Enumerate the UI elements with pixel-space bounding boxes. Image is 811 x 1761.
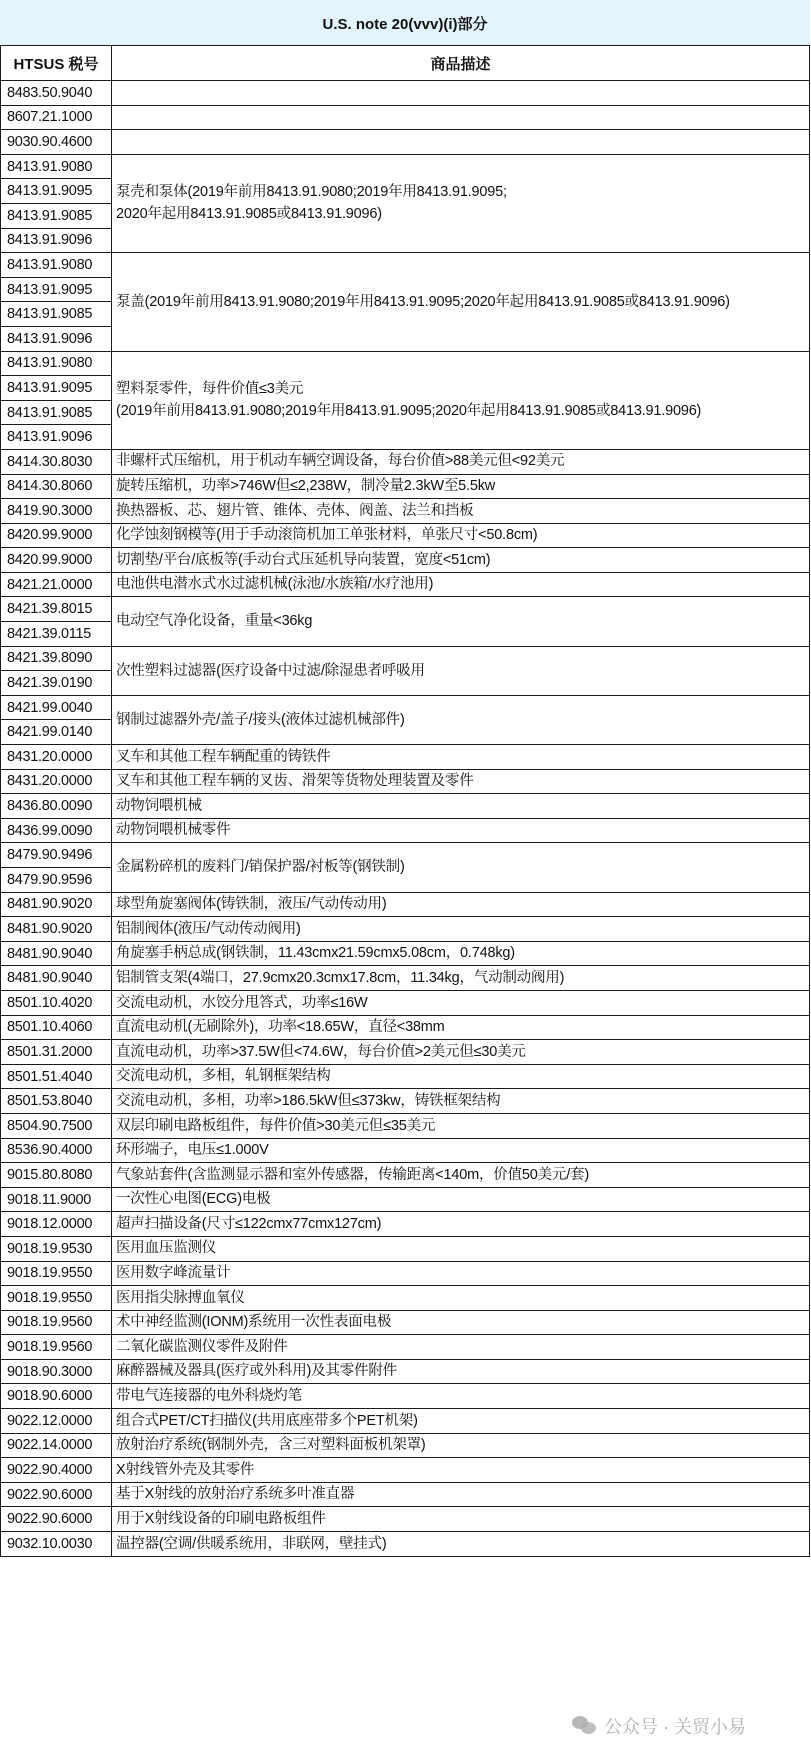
watermark: 公众号 · 关贸小易 [572, 1713, 746, 1739]
description-cell: 旋转压缩机，功率>746W但≤2,238W，制冷量2.3kW至5.5kw [112, 474, 810, 499]
description-cell [112, 81, 810, 106]
htsus-code-cell: 9018.90.6000 [1, 1384, 112, 1409]
htsus-code-cell: 8413.91.9085 [1, 203, 112, 228]
htsus-code-cell: 8481.90.9040 [1, 966, 112, 991]
description-cell: 叉车和其他工程车辆配重的铸铁件 [112, 745, 810, 770]
htsus-code-cell: 8414.30.8030 [1, 449, 112, 474]
htsus-code-cell: 8504.90.7500 [1, 1113, 112, 1138]
column-header-description: 商品描述 [112, 46, 810, 81]
description-cell: 换热器板、芯、翅片管、锥体、壳体、阀盖、法兰和挡板 [112, 499, 810, 524]
table-row: 8536.90.4000环形端子，电压≤1.000V [1, 1138, 810, 1163]
table-row: 8436.99.0090动物饲喂机械零件 [1, 818, 810, 843]
description-cell: 交流电动机，多相，轧钢框架结构 [112, 1064, 810, 1089]
watermark-text: 公众号 · 关贸小易 [604, 1713, 746, 1739]
htsus-code-cell: 8421.39.0190 [1, 671, 112, 696]
description-cell: 组合式PET/CT扫描仪(共用底座带多个PET机架) [112, 1409, 810, 1434]
htsus-code-cell: 9015.80.8080 [1, 1163, 112, 1188]
table-row: 8479.90.9496金属粉碎机的废料门/销保护器/衬板等(钢铁制) [1, 843, 810, 868]
htsus-code-cell: 9018.19.9550 [1, 1261, 112, 1286]
table-row: 8481.90.9020铝制阀体(液压/气动传动阀用) [1, 917, 810, 942]
table-row: 8419.90.3000换热器板、芯、翅片管、锥体、壳体、阀盖、法兰和挡板 [1, 499, 810, 524]
table-row: 8420.99.9000化学蚀刻钢模等(用于手动滚筒机加工单张材料，单张尺寸<5… [1, 523, 810, 548]
htsus-code-cell: 8479.90.9596 [1, 868, 112, 893]
htsus-code-cell: 8479.90.9496 [1, 843, 112, 868]
description-cell: 切割垫/平台/底板等(手动台式压延机导向装置，宽度<51cm) [112, 548, 810, 573]
table-row: 8413.91.9080塑料泵零件，每件价值≤3美元 (2019年前用8413.… [1, 351, 810, 376]
description-cell: 角旋塞手柄总成(钢铁制，11.43cmx21.59cmx5.08cm，0.748… [112, 941, 810, 966]
table-row: 9022.12.0000组合式PET/CT扫描仪(共用底座带多个PET机架) [1, 1409, 810, 1434]
htsus-code-cell: 9032.10.0030 [1, 1532, 112, 1557]
table-row: 9022.90.6000用于X射线设备的印刷电路板组件 [1, 1507, 810, 1532]
description-cell: 二氧化碳监测仪零件及附件 [112, 1335, 810, 1360]
description-cell [112, 130, 810, 155]
wechat-icon [572, 1716, 598, 1736]
htsus-code-cell: 8421.39.0115 [1, 622, 112, 647]
description-cell: 化学蚀刻钢模等(用于手动滚筒机加工单张材料，单张尺寸<50.8cm) [112, 523, 810, 548]
htsus-code-cell: 8483.50.9040 [1, 81, 112, 106]
table-row: 9018.19.9560二氧化碳监测仪零件及附件 [1, 1335, 810, 1360]
htsus-code-cell: 8421.99.0040 [1, 695, 112, 720]
table-row: 8421.99.0040钢制过滤器外壳/盖子/接头(液体过滤机械部件) [1, 695, 810, 720]
description-cell: 医用指尖脉搏血氧仪 [112, 1286, 810, 1311]
htsus-code-cell: 8421.39.8015 [1, 597, 112, 622]
table-row: 8414.30.8030非螺杆式压缩机，用于机动车辆空调设备，每台价值>88美元… [1, 449, 810, 474]
description-cell: 放射治疗系统(钢制外壳，含三对塑料面板机架罩) [112, 1433, 810, 1458]
htsus-code-cell: 9018.90.3000 [1, 1359, 112, 1384]
htsus-code-cell: 8413.91.9095 [1, 376, 112, 401]
table-row: 8607.21.1000 [1, 105, 810, 130]
description-cell: 铝制阀体(液压/气动传动阀用) [112, 917, 810, 942]
description-cell: 泵壳和泵体(2019年前用8413.91.9080;2019年用8413.91.… [112, 154, 810, 252]
htsus-code-cell: 8413.91.9085 [1, 302, 112, 327]
table-row: 9018.12.0000超声扫描设备(尺寸≤122cmx77cmx127cm) [1, 1212, 810, 1237]
description-cell: 温控器(空调/供暖系统用，非联网，壁挂式) [112, 1532, 810, 1557]
description-cell: 气象站套件(含监测显示器和室外传感器，传输距离<140m，价值50美元/套) [112, 1163, 810, 1188]
description-cell: 环形端子，电压≤1.000V [112, 1138, 810, 1163]
htsus-code-cell: 8501.10.4060 [1, 1015, 112, 1040]
table-row: 9030.90.4600 [1, 130, 810, 155]
description-cell: 一次性心电图(ECG)电极 [112, 1187, 810, 1212]
table-row: 9015.80.8080气象站套件(含监测显示器和室外传感器，传输距离<140m… [1, 1163, 810, 1188]
table-row: 9018.19.9530医用血压监测仪 [1, 1236, 810, 1261]
htsus-code-cell: 8413.91.9096 [1, 228, 112, 253]
table-row: 8501.53.8040交流电动机，多相，功率>186.5kW但≤373kw，铸… [1, 1089, 810, 1114]
htsus-code-cell: 8481.90.9040 [1, 941, 112, 966]
htsus-code-cell: 9022.90.4000 [1, 1458, 112, 1483]
description-cell: 次性塑料过滤器(医疗设备中过滤/除湿患者呼吸用 [112, 646, 810, 695]
description-cell: 用于X射线设备的印刷电路板组件 [112, 1507, 810, 1532]
description-cell: 叉车和其他工程车辆的叉齿、滑架等货物处理装置及零件 [112, 769, 810, 794]
table-row: 9018.90.6000带电气连接器的电外科烧灼笔 [1, 1384, 810, 1409]
description-cell: 电动空气净化设备，重量<36kg [112, 597, 810, 646]
htsus-code-cell: 8501.10.4020 [1, 990, 112, 1015]
table-row: 9022.90.4000X射线管外壳及其零件 [1, 1458, 810, 1483]
description-cell: 双层印刷电路板组件，每件价值>30美元但≤35美元 [112, 1113, 810, 1138]
description-cell: 交流电动机，水饺分甩答式，功率≤16W [112, 990, 810, 1015]
htsus-code-cell: 8607.21.1000 [1, 105, 112, 130]
htsus-code-cell: 9022.12.0000 [1, 1409, 112, 1434]
htsus-code-cell: 8436.99.0090 [1, 818, 112, 843]
table-row: 8413.91.9080泵壳和泵体(2019年前用8413.91.9080;20… [1, 154, 810, 179]
column-header-htsus: HTSUS 税号 [1, 46, 112, 81]
description-cell: 钢制过滤器外壳/盖子/接头(液体过滤机械部件) [112, 695, 810, 744]
table-row: 8504.90.7500双层印刷电路板组件，每件价值>30美元但≤35美元 [1, 1113, 810, 1138]
table-row: 9022.90.6000基于X射线的放射治疗系统多叶准直器 [1, 1482, 810, 1507]
description-cell: 动物饲喂机械零件 [112, 818, 810, 843]
htsus-code-cell: 8413.91.9096 [1, 326, 112, 351]
htsus-code-cell: 9018.12.0000 [1, 1212, 112, 1237]
table-row: 8481.90.9040角旋塞手柄总成(钢铁制，11.43cmx21.59cmx… [1, 941, 810, 966]
description-cell: 塑料泵零件，每件价值≤3美元 (2019年前用8413.91.9080;2019… [112, 351, 810, 449]
htsus-code-cell: 8413.91.9080 [1, 351, 112, 376]
table-row: 8436.80.0090动物饲喂机械 [1, 794, 810, 819]
description-cell: 电池供电潜水式水过滤机械(泳池/水族箱/水疗池用) [112, 572, 810, 597]
description-cell: 基于X射线的放射治疗系统多叶准直器 [112, 1482, 810, 1507]
table-row: 8414.30.8060旋转压缩机，功率>746W但≤2,238W，制冷量2.3… [1, 474, 810, 499]
htsus-code-cell: 8421.99.0140 [1, 720, 112, 745]
htsus-code-cell: 8421.21.0000 [1, 572, 112, 597]
table-row: 9018.19.9550医用指尖脉搏血氧仪 [1, 1286, 810, 1311]
description-cell: 动物饲喂机械 [112, 794, 810, 819]
htsus-code-cell: 8413.91.9096 [1, 425, 112, 450]
description-cell: 医用血压监测仪 [112, 1236, 810, 1261]
table-row: 8481.90.9020球型角旋塞阀体(铸铁制，液压/气动传动用) [1, 892, 810, 917]
htsus-code-cell: 8501.53.8040 [1, 1089, 112, 1114]
htsus-code-cell: 8436.80.0090 [1, 794, 112, 819]
table-row: 9018.11.9000一次性心电图(ECG)电极 [1, 1187, 810, 1212]
htsus-code-cell: 8431.20.0000 [1, 745, 112, 770]
htsus-code-cell: 8413.91.9095 [1, 277, 112, 302]
description-cell: 非螺杆式压缩机，用于机动车辆空调设备，每台价值>88美元但<92美元 [112, 449, 810, 474]
htsus-code-cell: 8414.30.8060 [1, 474, 112, 499]
description-cell: 麻醉器械及器具(医疗或外科用)及其零件附件 [112, 1359, 810, 1384]
htsus-code-cell: 8413.91.9085 [1, 400, 112, 425]
htsus-code-cell: 8481.90.9020 [1, 917, 112, 942]
description-cell: 术中神经监测(IONM)系统用一次性表面电极 [112, 1310, 810, 1335]
tariff-table: U.S. note 20(vvv)(i)部分 HTSUS 税号 商品描述 848… [0, 0, 810, 1557]
description-cell: 球型角旋塞阀体(铸铁制，液压/气动传动用) [112, 892, 810, 917]
htsus-code-cell: 9018.19.9530 [1, 1236, 112, 1261]
description-cell: X射线管外壳及其零件 [112, 1458, 810, 1483]
htsus-code-cell: 8431.20.0000 [1, 769, 112, 794]
htsus-code-cell: 9022.90.6000 [1, 1507, 112, 1532]
description-cell: 交流电动机，多相，功率>186.5kW但≤373kw，铸铁框架结构 [112, 1089, 810, 1114]
table-row: 8483.50.9040 [1, 81, 810, 106]
description-cell: 医用数字峰流量计 [112, 1261, 810, 1286]
table-title: U.S. note 20(vvv)(i)部分 [1, 1, 810, 46]
table-row: 8501.51.4040交流电动机，多相，轧钢框架结构 [1, 1064, 810, 1089]
htsus-code-cell: 9018.11.9000 [1, 1187, 112, 1212]
description-cell: 泵盖(2019年前用8413.91.9080;2019年用8413.91.909… [112, 253, 810, 351]
table-row: 8501.31.2000直流电动机，功率>37.5W但<74.6W，每台价值>2… [1, 1040, 810, 1065]
table-row: 8421.39.8015电动空气净化设备，重量<36kg [1, 597, 810, 622]
table-row: 8421.39.8090次性塑料过滤器(医疗设备中过滤/除湿患者呼吸用 [1, 646, 810, 671]
htsus-code-cell: 8501.31.2000 [1, 1040, 112, 1065]
htsus-code-cell: 9018.19.9560 [1, 1335, 112, 1360]
description-cell [112, 105, 810, 130]
table-row: 9018.90.3000麻醉器械及器具(医疗或外科用)及其零件附件 [1, 1359, 810, 1384]
table-row: 9032.10.0030温控器(空调/供暖系统用，非联网，壁挂式) [1, 1532, 810, 1557]
htsus-code-cell: 8413.91.9080 [1, 154, 112, 179]
htsus-code-cell: 9018.19.9560 [1, 1310, 112, 1335]
table-row: 9018.19.9550医用数字峰流量计 [1, 1261, 810, 1286]
htsus-code-cell: 8481.90.9020 [1, 892, 112, 917]
htsus-code-cell: 8420.99.9000 [1, 548, 112, 573]
table-body: 8483.50.90408607.21.10009030.90.46008413… [1, 81, 810, 1557]
htsus-code-cell: 8536.90.4000 [1, 1138, 112, 1163]
htsus-code-cell: 8421.39.8090 [1, 646, 112, 671]
description-cell: 超声扫描设备(尺寸≤122cmx77cmx127cm) [112, 1212, 810, 1237]
table-row: 8501.10.4020交流电动机，水饺分甩答式，功率≤16W [1, 990, 810, 1015]
table-row: 9022.14.0000放射治疗系统(钢制外壳，含三对塑料面板机架罩) [1, 1433, 810, 1458]
table-row: 8501.10.4060直流电动机(无刷除外)，功率<18.65W，直径<38m… [1, 1015, 810, 1040]
description-cell: 直流电动机，功率>37.5W但<74.6W，每台价值>2美元但≤30美元 [112, 1040, 810, 1065]
table-row: 8420.99.9000切割垫/平台/底板等(手动台式压延机导向装置，宽度<51… [1, 548, 810, 573]
description-cell: 直流电动机(无刷除外)，功率<18.65W，直径<38mm [112, 1015, 810, 1040]
description-cell: 金属粉碎机的废料门/销保护器/衬板等(钢铁制) [112, 843, 810, 892]
htsus-code-cell: 9018.19.9550 [1, 1286, 112, 1311]
table-row: 9018.19.9560术中神经监测(IONM)系统用一次性表面电极 [1, 1310, 810, 1335]
table-row: 8413.91.9080泵盖(2019年前用8413.91.9080;2019年… [1, 253, 810, 278]
htsus-code-cell: 9030.90.4600 [1, 130, 112, 155]
table-row: 8431.20.0000叉车和其他工程车辆配重的铸铁件 [1, 745, 810, 770]
htsus-code-cell: 9022.14.0000 [1, 1433, 112, 1458]
htsus-code-cell: 8419.90.3000 [1, 499, 112, 524]
description-cell: 铝制管支架(4端口，27.9cmx20.3cmx17.8cm，11.34kg，气… [112, 966, 810, 991]
table-row: 8421.21.0000电池供电潜水式水过滤机械(泳池/水族箱/水疗池用) [1, 572, 810, 597]
description-cell: 带电气连接器的电外科烧灼笔 [112, 1384, 810, 1409]
htsus-code-cell: 8413.91.9095 [1, 179, 112, 204]
htsus-code-cell: 9022.90.6000 [1, 1482, 112, 1507]
table-row: 8481.90.9040铝制管支架(4端口，27.9cmx20.3cmx17.8… [1, 966, 810, 991]
htsus-code-cell: 8413.91.9080 [1, 253, 112, 278]
htsus-code-cell: 8420.99.9000 [1, 523, 112, 548]
htsus-code-cell: 8501.51.4040 [1, 1064, 112, 1089]
table-row: 8431.20.0000叉车和其他工程车辆的叉齿、滑架等货物处理装置及零件 [1, 769, 810, 794]
